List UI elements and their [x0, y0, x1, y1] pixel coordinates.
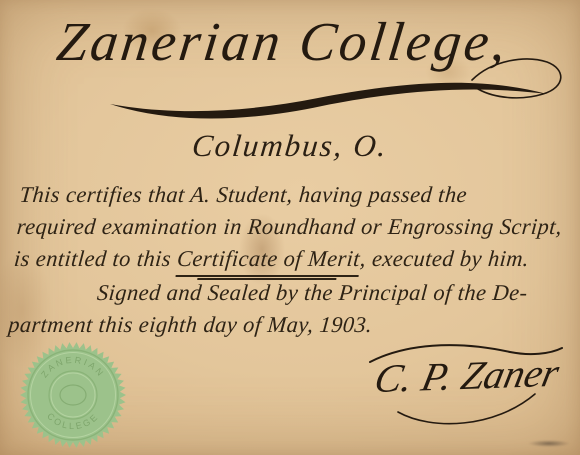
body-line-2: required examination in Roundhand or Eng… — [15, 211, 576, 243]
principal-signature: C. P. Zaner — [360, 332, 570, 437]
certificate-body: This certifies that A. Student, having p… — [7, 179, 579, 341]
certificate-of-merit-underlined: Certificate of Merit — [176, 243, 362, 277]
body-line-3: is entitled to this Certificate of Merit… — [13, 243, 574, 277]
body-line-3-prefix: is entitled to this — [13, 246, 178, 271]
body-line-4: Signed and Sealed by the Principal of th… — [10, 277, 571, 309]
certificate-document: Zanerian College, Columbus, O. This cert… — [0, 0, 580, 455]
body-line-3-suffix: , executed by him. — [359, 246, 530, 271]
signature-text: C. P. Zaner — [366, 349, 568, 403]
certificate-title: Zanerian College, — [0, 10, 570, 73]
college-seal: ZANERIAN COLLEGE — [15, 342, 131, 449]
ink-smudge — [528, 440, 570, 447]
location-line: Columbus, O. — [0, 128, 580, 164]
body-line-1: This certifies that A. Student, having p… — [18, 179, 579, 211]
